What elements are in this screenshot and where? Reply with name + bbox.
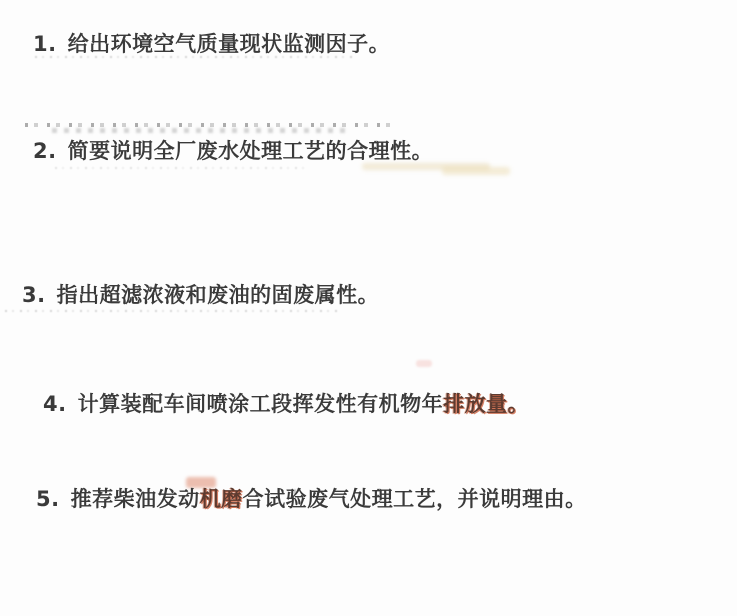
question-text: 简要说明全厂废水处理工艺的合理性。 [68,139,434,163]
question-number: 3. [22,283,46,307]
scan-artifact-pink-smudge [416,360,432,367]
red-annotated-text: 机磨 [200,487,243,511]
scan-artifact-highlighter-smudge [442,167,510,175]
question-item-1: 1. 给出环境空气质量现状监测因子。 [33,32,390,56]
question-item-5: 5. 推荐柴油发动机磨合试验废气处理工艺，并说明理由。 [36,487,587,511]
question-text: 推荐柴油发动机磨合试验废气处理工艺，并说明理由。 [71,487,587,511]
question-text: 指出超滤浓液和废油的固废属性。 [57,283,380,307]
question-number: 1. [33,32,57,56]
red-annotated-text: 排放量。 [443,392,529,416]
scan-artifact-speckle-row [55,167,307,169]
question-item-4: 4. 计算装配车间喷涂工段挥发性有机物年排放量。 [43,392,529,416]
question-number: 2. [33,139,57,163]
scanned-document-page: 1. 给出环境空气质量现状监测因子。 2. 简要说明全厂废水处理工艺的合理性。 … [0,0,737,616]
question-text: 计算装配车间喷涂工段挥发性有机物年排放量。 [78,392,530,416]
question-item-2: 2. 简要说明全厂废水处理工艺的合理性。 [33,139,433,163]
scan-artifact-dash-row [25,123,397,127]
scan-artifact-dash-row-blur [52,128,347,133]
question-item-3: 3. 指出超滤浓液和废油的固废属性。 [22,283,379,307]
scan-artifact-speckle-row [5,310,340,312]
question-text: 给出环境空气质量现状监测因子。 [68,32,391,56]
question-number: 4. [43,392,67,416]
scan-artifact-speckle-row [35,56,353,58]
question-number: 5. [36,487,60,511]
